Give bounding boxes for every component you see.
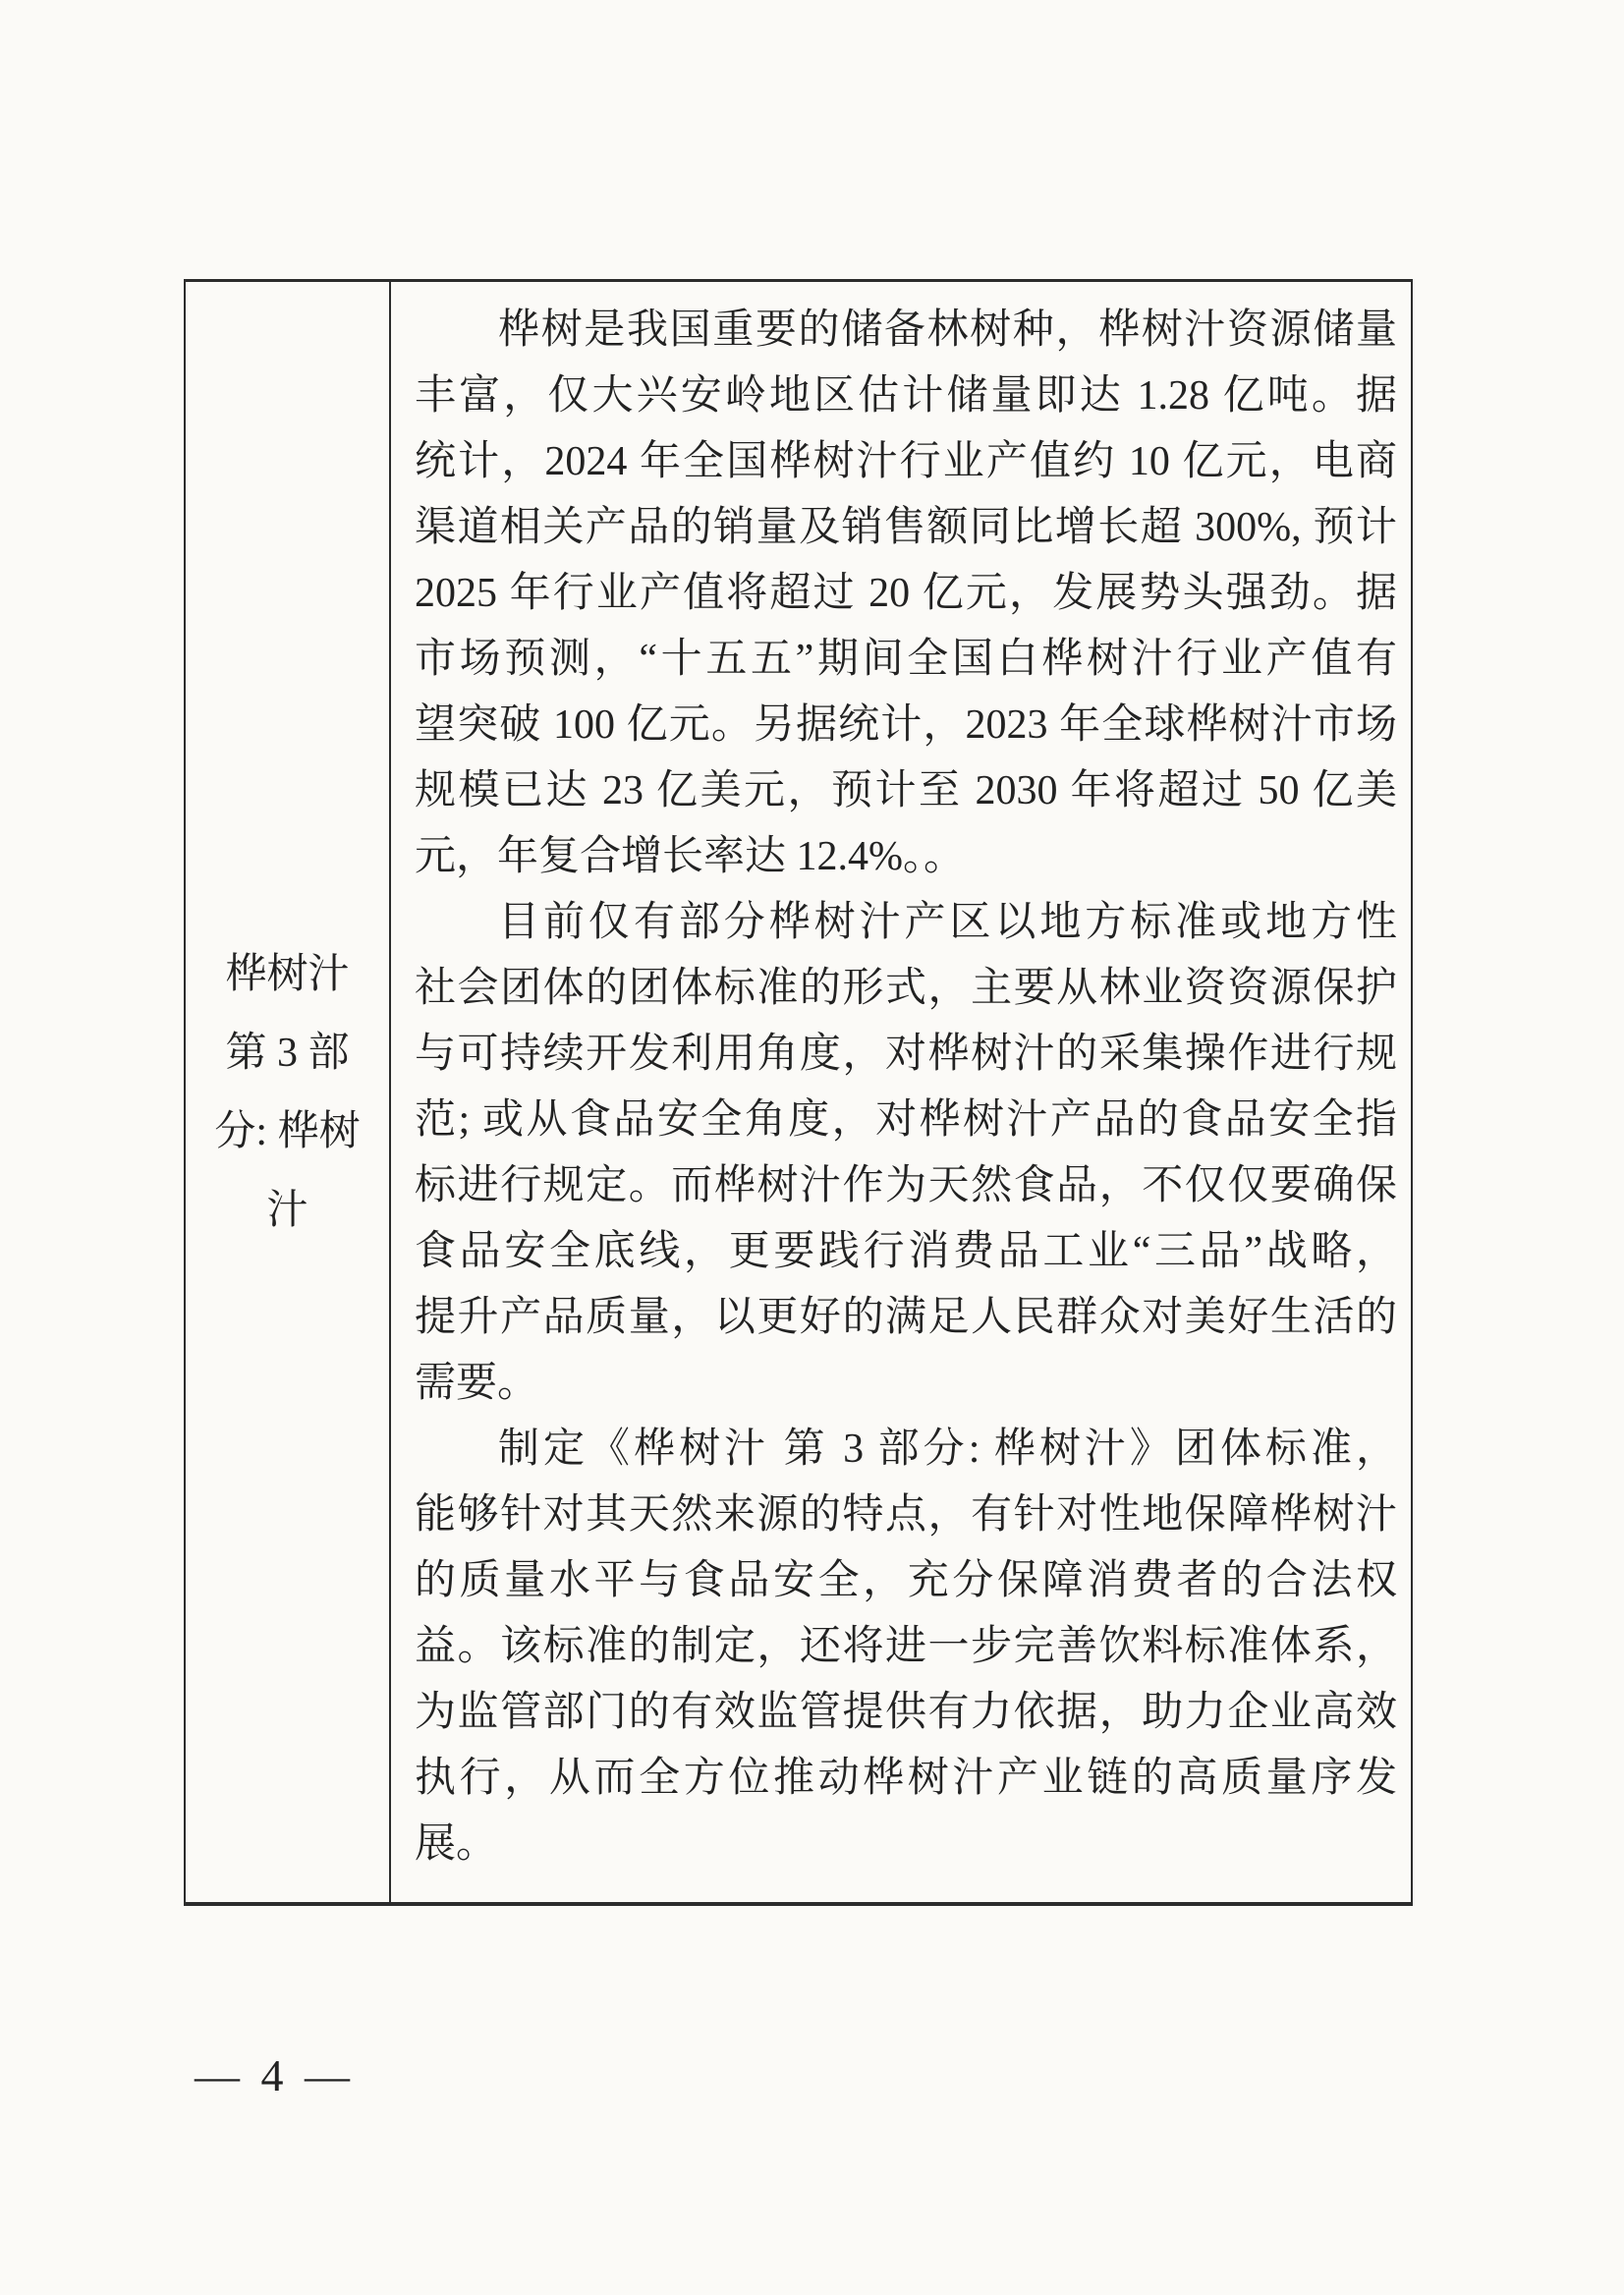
- text-line: 元，年复合增长率达 12.4%。。: [415, 824, 1397, 890]
- text-line: 统计，2024 年全国桦树汁行业产值约 10 亿元，电商: [415, 429, 1397, 495]
- text-line: 提升产品质量，以更好的满足人民群众对美好生活的: [415, 1285, 1397, 1351]
- text-line: 目前仅有部分桦树汁产区以地方标准或地方性: [415, 890, 1397, 956]
- text-line: 展。: [415, 1812, 1397, 1877]
- table-cell-standard-description: 桦树是我国重要的储备林树种，桦树汁资源储量丰富，仅大兴安岭地区估计储量即达 1.…: [391, 282, 1411, 1902]
- text-line: 市场预测，“十五五”期间全国白桦树汁行业产值有: [415, 627, 1397, 693]
- text-line: 为监管部门的有效监管提供有力依据，助力企业高效: [415, 1680, 1397, 1746]
- text-line: 规模已达 23 亿美元，预计至 2030 年将超过 50 亿美: [415, 758, 1397, 824]
- text-line: 望突破 100 亿元。另据统计，2023 年全球桦树汁市场: [415, 693, 1397, 758]
- text-line: 食品安全底线，更要践行消费品工业“三品”战略，: [415, 1219, 1397, 1285]
- text-line: 汁: [266, 1171, 308, 1250]
- paragraph-current-standards: 目前仅有部分桦树汁产区以地方标准或地方性社会团体的团体标准的形式，主要从林业资资…: [415, 890, 1397, 1417]
- standard-info-table: 桦树汁第 3 部分: 桦树汁 桦树是我国重要的储备林树种，桦树汁资源储量丰富，仅…: [184, 279, 1413, 1906]
- text-line: 益。该标准的制定，还将进一步完善饮料标准体系，: [415, 1614, 1397, 1680]
- text-line: 制定《桦树汁 第 3 部分: 桦树汁》团体标准，: [415, 1417, 1397, 1483]
- text-line: 第 3 部: [225, 1014, 349, 1092]
- text-line: 范; 或从食品安全角度，对桦树汁产品的食品安全指: [415, 1088, 1397, 1153]
- text-line: 渠道相关产品的销量及销售额同比增长超 300%, 预计: [415, 495, 1397, 561]
- table-cell-standard-name: 桦树汁第 3 部分: 桦树汁: [186, 282, 391, 1902]
- text-line: 分: 桦树: [214, 1092, 360, 1171]
- text-line: 与可持续开发利用角度，对桦树汁的采集操作进行规: [415, 1022, 1397, 1088]
- paragraph-industry-overview: 桦树是我国重要的储备林树种，桦树汁资源储量丰富，仅大兴安岭地区估计储量即达 1.…: [415, 298, 1397, 890]
- text-line: 标进行规定。而桦树汁作为天然食品，不仅仅要确保: [415, 1153, 1397, 1219]
- text-line: 桦树是我国重要的储备林树种，桦树汁资源储量: [415, 298, 1397, 364]
- text-line: 桦树汁: [225, 935, 349, 1014]
- text-line: 能够针对其天然来源的特点，有针对性地保障桦树汁: [415, 1483, 1397, 1548]
- document-page: 桦树汁第 3 部分: 桦树汁 桦树是我国重要的储备林树种，桦树汁资源储量丰富，仅…: [0, 0, 1624, 2295]
- page-number: — 4 —: [195, 2049, 355, 2101]
- text-line: 社会团体的团体标准的形式，主要从林业资资源保护: [415, 956, 1397, 1022]
- text-line: 丰富，仅大兴安岭地区估计储量即达 1.28 亿吨。据: [415, 364, 1397, 429]
- text-line: 执行，从而全方位推动桦树汁产业链的高质量序发: [415, 1746, 1397, 1812]
- text-line: 的质量水平与食品安全，充分保障消费者的合法权: [415, 1548, 1397, 1614]
- text-line: 2025 年行业产值将超过 20 亿元，发展势头强劲。据: [415, 561, 1397, 627]
- text-line: 需要。: [415, 1351, 1397, 1417]
- paragraph-standard-purpose: 制定《桦树汁 第 3 部分: 桦树汁》团体标准，能够针对其天然来源的特点，有针对…: [415, 1417, 1397, 1877]
